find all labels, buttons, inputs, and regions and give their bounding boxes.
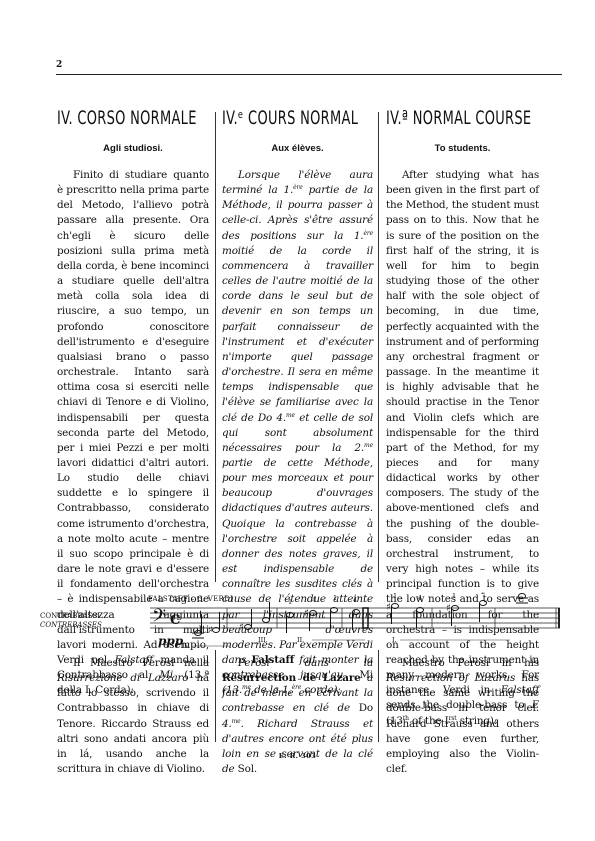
svg-text:1: 1: [333, 594, 337, 602]
svg-text:1: 1: [288, 598, 292, 606]
svg-text:5: 5: [520, 592, 524, 593]
column-divider: [215, 112, 216, 582]
svg-text:4: 4: [312, 596, 316, 604]
section-subtitle: Aux élèves.: [222, 143, 373, 154]
section-title: IV.ᵉ COURS NORMAL: [222, 108, 340, 129]
header-rule: [56, 74, 562, 75]
publisher-code: E. R. 303: [0, 752, 595, 760]
svg-text:I.: I.: [392, 636, 397, 644]
section-subtitle: To students.: [386, 143, 539, 154]
svg-text:♯: ♯: [446, 603, 451, 614]
svg-text:IV: IV: [182, 642, 190, 650]
section-title: IV.ª NORMAL COURSE: [386, 108, 505, 129]
svg-text:4: 4: [418, 594, 422, 602]
music-staff: 𝄢 C ♯♯ ♯♯ ♯: [40, 592, 570, 652]
svg-text:III.: III.: [258, 636, 268, 644]
column-divider: [378, 650, 379, 742]
svg-text:♯: ♯: [208, 625, 213, 636]
page-number: 2: [56, 60, 62, 70]
column-divider: [378, 112, 379, 582]
section-title: IV. CORSO NORMALE: [57, 108, 176, 129]
svg-text:C: C: [170, 613, 180, 628]
column-divider: [215, 650, 216, 742]
svg-text:1: 1: [452, 592, 456, 600]
svg-text:♯: ♯: [304, 608, 309, 619]
svg-text:II.: II.: [297, 636, 304, 644]
svg-text:♯: ♯: [386, 602, 391, 613]
svg-text:𝄢: 𝄢: [152, 606, 166, 631]
section-subtitle: Agli studiosi.: [57, 143, 209, 154]
svg-text:2: 2: [481, 592, 485, 596]
svg-text:4: 4: [353, 596, 357, 604]
svg-text:ppp: ppp: [158, 634, 184, 648]
svg-text:1: 1: [393, 592, 397, 600]
svg-text:♯: ♯: [239, 622, 244, 633]
music-example: CONTRABBASSI CONTREBASSES FALSTAFF – G. …: [40, 592, 570, 652]
bass-clef-icon: 𝄢 C: [152, 606, 180, 631]
